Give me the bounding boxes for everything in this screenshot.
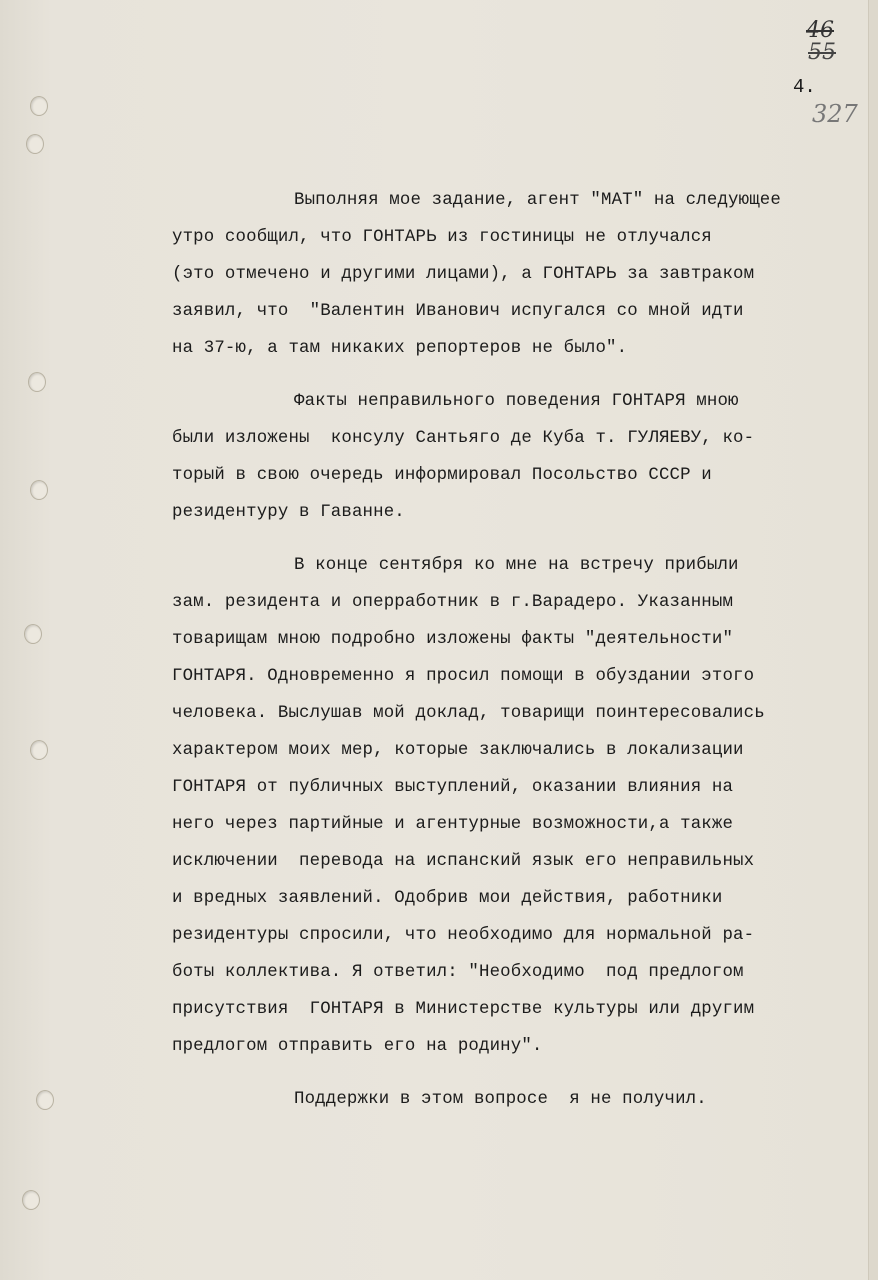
binder-hole <box>30 96 48 116</box>
handwritten-folio: 327 <box>812 100 858 128</box>
binder-hole <box>36 1090 54 1110</box>
text-line: В конце сентября ко мне на встречу прибы… <box>172 547 862 584</box>
text-line: на 37-ю, а там никаких репортеров не был… <box>172 330 862 367</box>
text-line: утро сообщил, что ГОНТАРЬ из гостиницы н… <box>172 219 862 256</box>
paragraph-gap <box>172 367 862 383</box>
text-line: ГОНТАРЯ от публичных выступлений, оказан… <box>172 769 862 806</box>
paragraph-gap <box>172 531 862 547</box>
binder-hole <box>28 372 46 392</box>
text-line: и вредных заявлений. Одобрив мои действи… <box>172 880 862 917</box>
paragraph: В конце сентября ко мне на встречу прибы… <box>172 547 862 1065</box>
page-edge <box>868 0 878 1280</box>
document-page: 46 55 4. 327 Выполняя мое задание, агент… <box>0 0 868 1280</box>
text-line: Факты неправильного поведения ГОНТАРЯ мн… <box>172 383 862 420</box>
text-line: Выполняя мое задание, агент "МАТ" на сле… <box>172 182 862 219</box>
text-line: были изложены консулу Сантьяго де Куба т… <box>172 420 862 457</box>
binder-hole <box>30 480 48 500</box>
binder-hole <box>24 624 42 644</box>
text-line: боты коллектива. Я ответил: "Необходимо … <box>172 954 862 991</box>
text-line: зам. резидента и оперработник в г.Вараде… <box>172 584 862 621</box>
text-line: человека. Выслушав мой доклад, товарищи … <box>172 695 862 732</box>
text-line: него через партийные и агентурные возмож… <box>172 806 862 843</box>
paragraph: Поддержки в этом вопросе я не получил. <box>172 1081 862 1118</box>
paragraph: Выполняя мое задание, агент "МАТ" на сле… <box>172 182 862 367</box>
text-line: (это отмечено и другими лицами), а ГОНТА… <box>172 256 862 293</box>
text-line: заявил, что "Валентин Иванович испугался… <box>172 293 862 330</box>
paragraph: Факты неправильного поведения ГОНТАРЯ мн… <box>172 383 862 531</box>
text-line: резидентуру в Гаванне. <box>172 494 862 531</box>
text-line: присутствия ГОНТАРЯ в Министерстве культ… <box>172 991 862 1028</box>
handwritten-folio-struck: 55 <box>808 40 836 65</box>
typed-body-text: Выполняя мое задание, агент "МАТ" на сле… <box>172 182 862 1118</box>
binder-hole <box>22 1190 40 1210</box>
text-line: Поддержки в этом вопросе я не получил. <box>172 1081 862 1118</box>
text-line: ГОНТАРЯ. Одновременно я просил помощи в … <box>172 658 862 695</box>
page-number: 4. <box>793 76 816 98</box>
text-line: предлогом отправить его на родину". <box>172 1028 862 1065</box>
text-line: исключении перевода на испанский язык ег… <box>172 843 862 880</box>
paragraph-gap <box>172 1065 862 1081</box>
text-line: товарищам мною подробно изложены факты "… <box>172 621 862 658</box>
binder-hole <box>26 134 44 154</box>
binder-hole <box>30 740 48 760</box>
text-line: торый в свою очередь информировал Посоль… <box>172 457 862 494</box>
text-line: резидентуры спросили, что необходимо для… <box>172 917 862 954</box>
text-line: характером моих мер, которые заключались… <box>172 732 862 769</box>
